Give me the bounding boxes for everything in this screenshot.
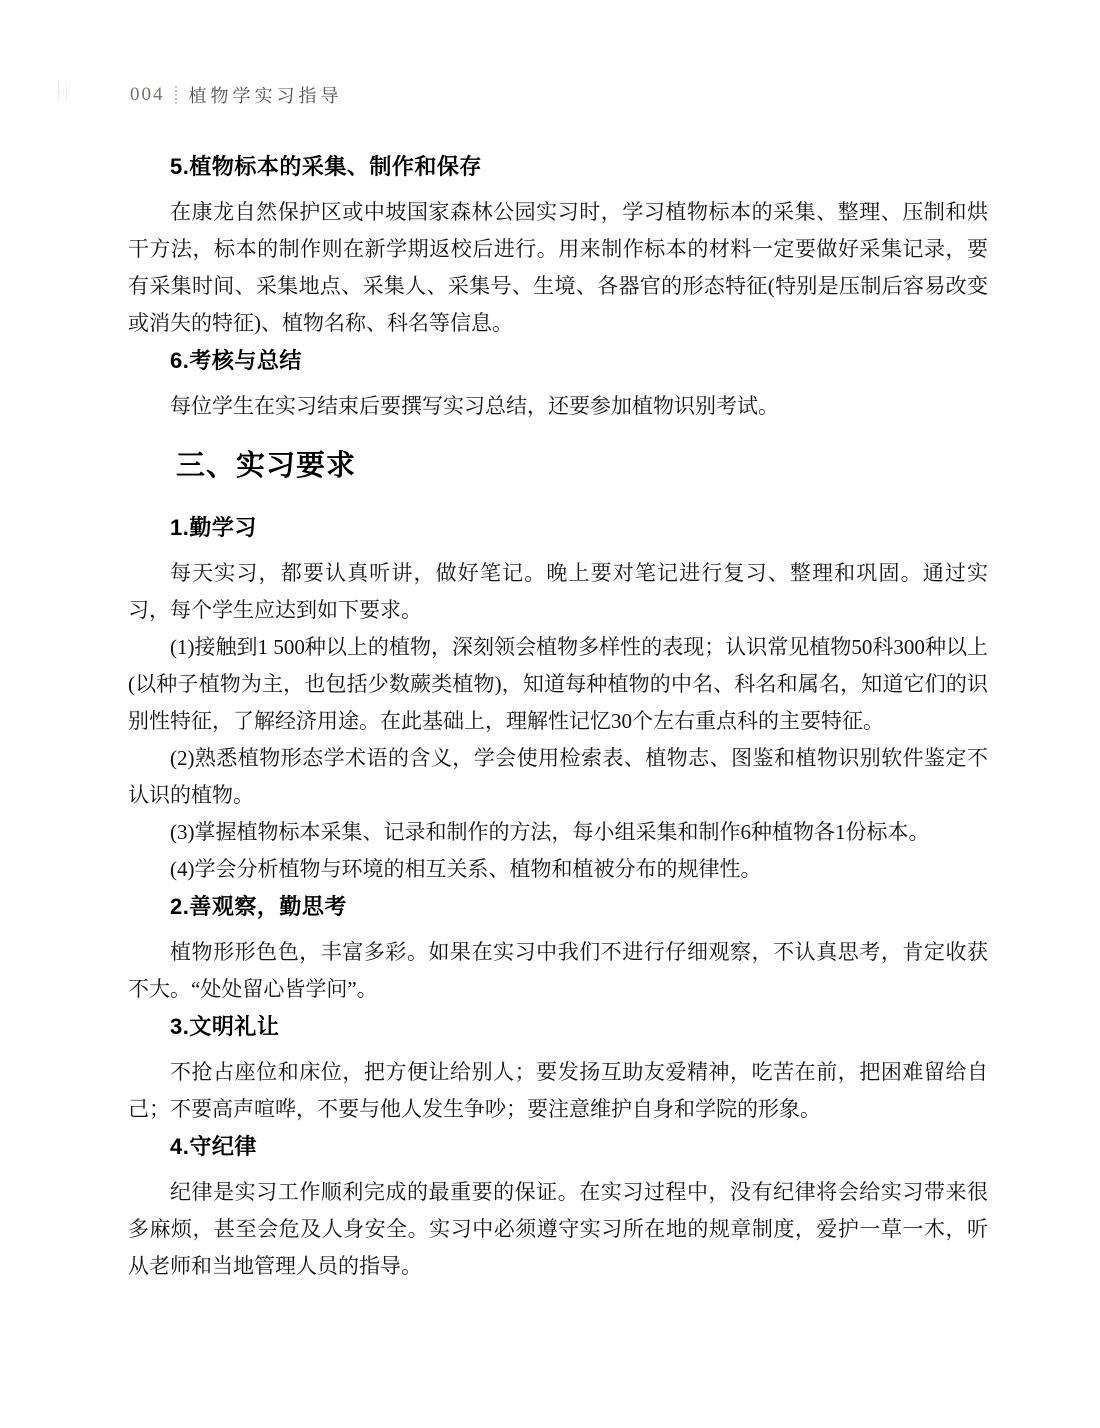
subsection-heading-5: 5.植物标本的采集、制作和保存: [170, 152, 988, 182]
subsection-heading-3: 3.文明礼让: [170, 1012, 988, 1042]
paragraph: 纪律是实习工作顺利完成的最重要的保证。在实习过程中，没有纪律将会给实习带来很多麻…: [128, 1174, 988, 1285]
book-page: 004 植物学实习指导 5.植物标本的采集、制作和保存 在康龙自然保护区或中坡国…: [0, 0, 1100, 1428]
paragraph: 不抢占座位和床位，把方便让给别人；要发扬互助友爱精神，吃苦在前，把困难留给自己；…: [128, 1054, 988, 1128]
section-heading-3: 三、实习要求: [176, 447, 988, 485]
page-content: 5.植物标本的采集、制作和保存 在康龙自然保护区或中坡国家森林公园实习时，学习植…: [128, 85, 988, 1285]
page-edge-mark-icon: [58, 83, 67, 100]
subsection-heading-1: 1.勤学习: [170, 513, 988, 543]
subsection-heading-6: 6.考核与总结: [170, 346, 988, 376]
paragraph: 每位学生在实习结束后要撰写实习总结，还要参加植物识别考试。: [128, 388, 988, 425]
list-item-1: (1)接触到1 500种以上的植物，深刻领会植物多样性的表现；认识常见植物50科…: [128, 629, 988, 740]
paragraph: 植物形形色色，丰富多彩。如果在实习中我们不进行仔细观察，不认真思考，肯定收获不大…: [128, 934, 988, 1008]
paragraph: 每天实习，都要认真听讲，做好笔记。晚上要对笔记进行复习、整理和巩固。通过实习，每…: [128, 555, 988, 629]
subsection-heading-4: 4.守纪律: [170, 1132, 988, 1162]
list-item-2: (2)熟悉植物形态学术语的含义，学会使用检索表、植物志、图鉴和植物识别软件鉴定不…: [128, 740, 988, 814]
list-item-3: (3)掌握植物标本采集、记录和制作的方法，每小组采集和制作6种植物各1份标本。: [128, 814, 988, 851]
paragraph: 在康龙自然保护区或中坡国家森林公园实习时，学习植物标本的采集、整理、压制和烘干方…: [128, 194, 988, 342]
subsection-heading-2: 2.善观察，勤思考: [170, 892, 988, 922]
list-item-4: (4)学会分析植物与环境的相互关系、植物和植被分布的规律性。: [128, 851, 988, 888]
